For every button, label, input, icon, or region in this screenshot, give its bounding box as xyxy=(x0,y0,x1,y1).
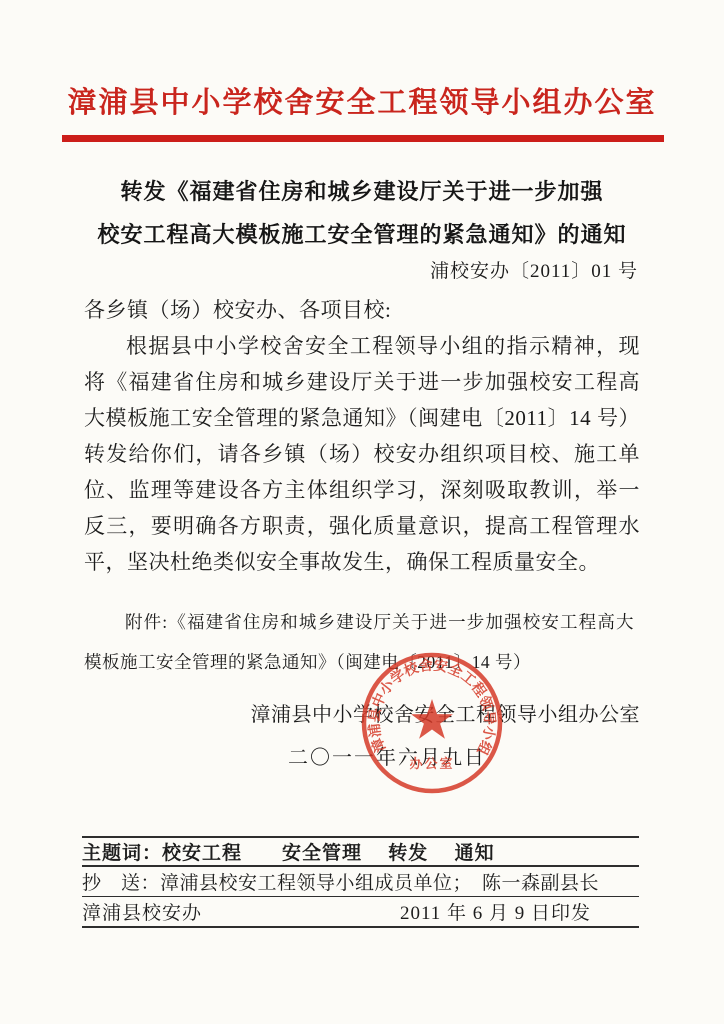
salutation: 各乡镇（场）校安办、各项目校: xyxy=(84,292,640,328)
signature-date: 二〇一一年六月九日 xyxy=(192,746,582,770)
issue-row: 漳浦县校安办 2011 年 6 月 9 日印发 xyxy=(82,896,639,928)
document-title-line1: 转发《福建省住房和城乡建设厅关于进一步加强 xyxy=(84,170,640,213)
document-body: 各乡镇（场）校安办、各项目校: 根据县中小学校舍安全工程领导小组的指示精神，现将… xyxy=(84,292,640,580)
subject-label: 主题词： xyxy=(82,838,162,865)
document-title-line2: 校安工程高大模板施工安全管理的紧急通知》的通知 xyxy=(84,213,640,256)
letterhead-title: 漳浦县中小学校舍安全工程领导小组办公室 xyxy=(0,80,724,121)
subject-terms: 校安工程 安全管理 转发 通知 xyxy=(162,838,495,865)
cc-label: 抄 送： xyxy=(82,868,160,895)
cc-value: 漳浦县校安工程领导小组成员单位； 陈一森副县长 xyxy=(160,868,599,895)
signature-block: 漳浦县中小学校舍安全工程领导小组办公室 二〇一一年六月九日 xyxy=(250,703,640,770)
issuing-office: 漳浦县校安办 xyxy=(82,898,202,925)
document-number: 浦校安办〔2011〕01 号 xyxy=(84,256,638,283)
body-paragraph: 根据县中小学校舍安全工程领导小组的指示精神，现将《福建省住房和城乡建设厅关于进一… xyxy=(84,328,640,580)
print-date: 2011 年 6 月 9 日印发 xyxy=(400,898,639,925)
subject-row: 主题词： 校安工程 安全管理 转发 通知 xyxy=(82,836,639,865)
signature-org: 漳浦县中小学校舍安全工程领导小组办公室 xyxy=(250,703,640,727)
attachment-note: 附件:《福建省住房和城乡建设厅关于进一步加强校安工程高大模板施工安全管理的紧急通… xyxy=(84,602,634,682)
cc-row: 抄 送： 漳浦县校安工程领导小组成员单位； 陈一森副县长 xyxy=(82,865,639,896)
letterhead-divider xyxy=(62,135,664,142)
footer-table: 主题词： 校安工程 安全管理 转发 通知 抄 送： 漳浦县校安工程领导小组成员单… xyxy=(82,836,639,928)
document-page: 漳浦县中小学校舍安全工程领导小组办公室 转发《福建省住房和城乡建设厅关于进一步加… xyxy=(0,0,724,1024)
document-title: 转发《福建省住房和城乡建设厅关于进一步加强 校安工程高大模板施工安全管理的紧急通… xyxy=(84,170,640,256)
